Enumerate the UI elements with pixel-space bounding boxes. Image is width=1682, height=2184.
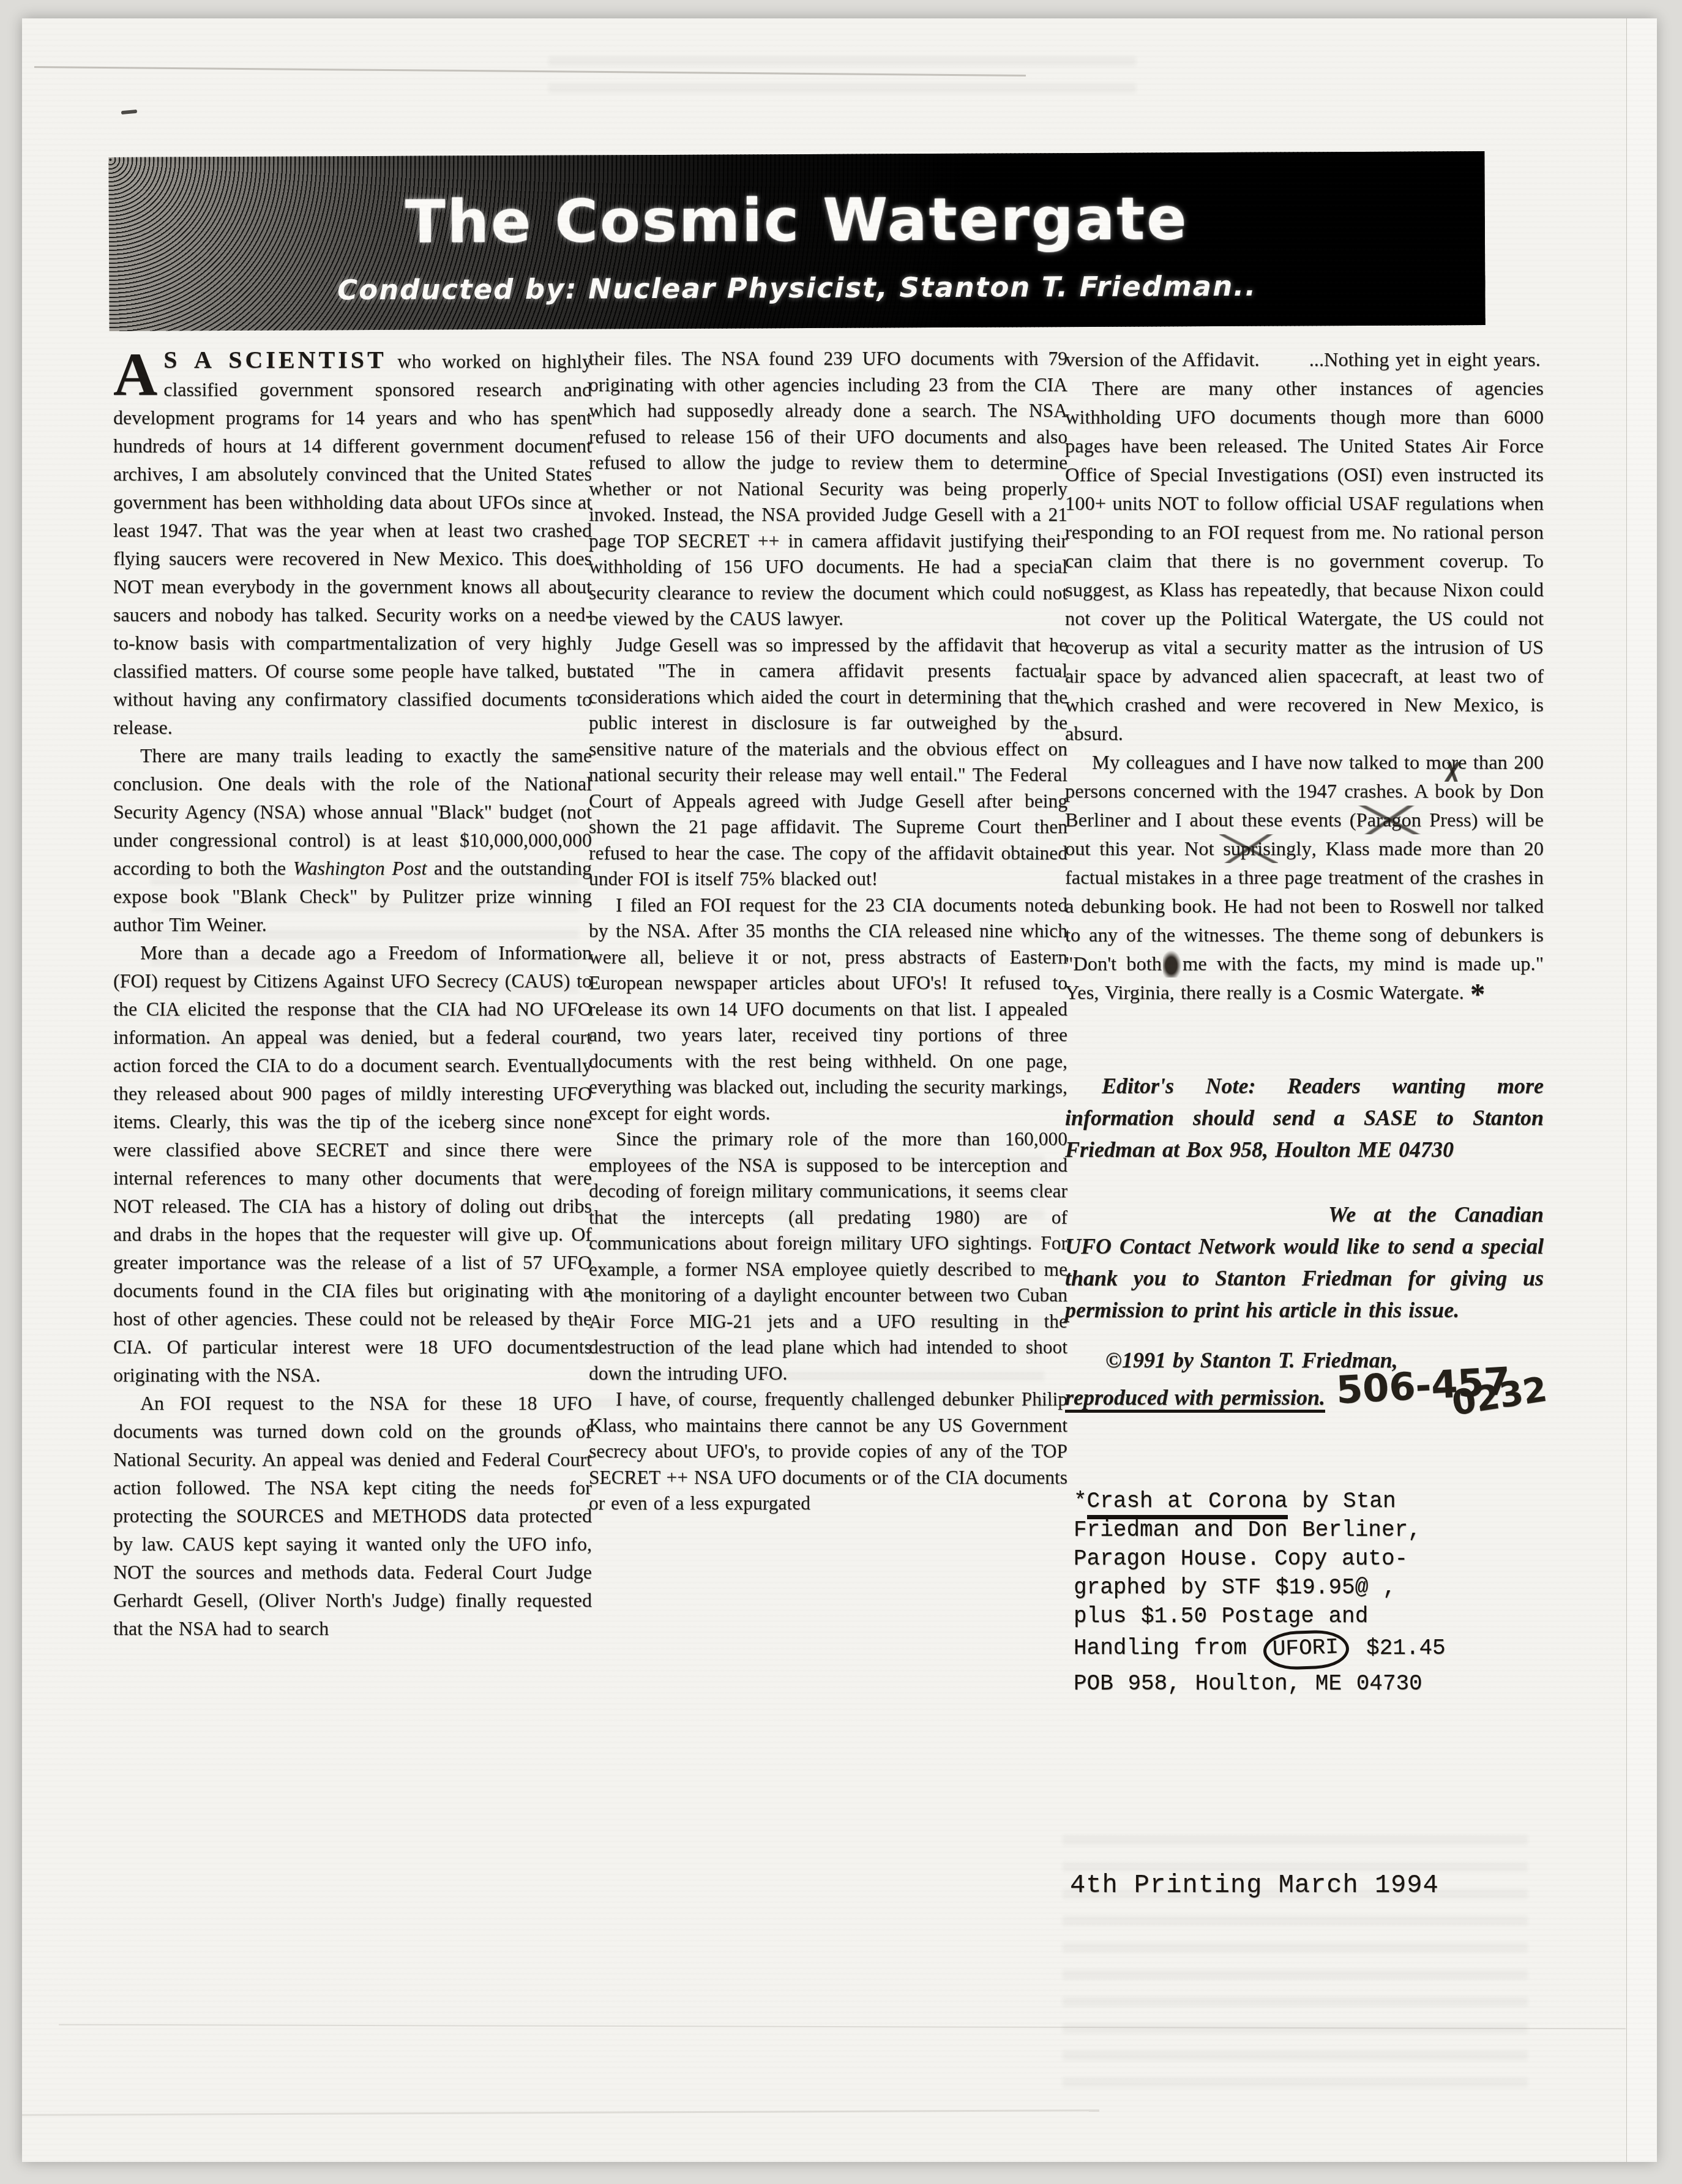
ink-blot — [1163, 951, 1181, 978]
end-of-article-star: * — [1470, 978, 1485, 1011]
book-ad-asterisk: * — [1074, 1489, 1087, 1514]
book-ad-line: Paragon House. Copy auto- — [1074, 1544, 1544, 1573]
scanned-page: The Cosmic Watergate Conducted by: Nucle… — [22, 18, 1656, 2162]
drop-cap: A — [113, 350, 157, 400]
book-ad-line: graphed by STF $19.95@ , — [1074, 1573, 1544, 1602]
paragraph: There are many trails leading to exactly… — [113, 741, 592, 938]
paper-edge-shadow — [22, 2109, 1099, 2116]
column-1: AS A SCIENTIST who worked on highly clas… — [113, 346, 592, 1642]
book-ad-text: $21.45 — [1351, 1636, 1445, 1661]
article-title: The Cosmic Watergate — [108, 151, 1485, 258]
printing-footer: 4th Printing March 1994 — [1070, 1871, 1439, 1900]
book-title-underlined: Crash at Corona — [1087, 1489, 1288, 1519]
article-subtitle: Conducted by: Nuclear Physicist, Stanton… — [109, 252, 1485, 307]
paragraph: Judge Gesell was so impressed by the aff… — [589, 632, 1067, 892]
paper-right-edge — [1626, 18, 1657, 2162]
paragraph: Since the primary role of the more than … — [589, 1126, 1067, 1386]
stray-ink-dash — [121, 110, 137, 114]
editors-note: Editor's Note: Readers wanting more info… — [1065, 1070, 1544, 1165]
ufori-circled: UFORI — [1263, 1629, 1350, 1671]
copyright-line2: reproduced with permission. — [1065, 1385, 1325, 1413]
title-banner: The Cosmic Watergate Conducted by: Nucle… — [108, 151, 1485, 331]
copyright-note: ©1991 by Stanton T. Friedman,reproduced … — [1065, 1344, 1544, 1413]
paragraph: version of the Affidavit. ...Nothing yet… — [1065, 346, 1544, 375]
paragraph: An FOI request to the NSA for these 18 U… — [113, 1389, 592, 1642]
book-ad-typed-block: *Crash at Corona by Stan Friedman and Do… — [1074, 1487, 1544, 1698]
handwritten-mark-over-book: book — [1435, 780, 1475, 802]
column-3: version of the Affidavit. ...Nothing yet… — [1065, 346, 1544, 1698]
column-2: their files. The NSA found 239 UFO docum… — [589, 346, 1067, 1517]
paragraph: My colleagues and I have now talked to m… — [1065, 749, 1544, 1009]
book-ad-line: POB 958, Houlton, ME 04730 — [1074, 1669, 1544, 1698]
paragraph: There are many other instances of agenci… — [1065, 375, 1544, 749]
italic-title: Washington Post — [293, 857, 427, 879]
paragraph: AS A SCIENTIST who worked on highly clas… — [113, 346, 592, 741]
bleedthrough-smudge — [1063, 1824, 1528, 2087]
book-ad-line: Handling from UFORI $21.45 — [1074, 1631, 1544, 1669]
paragraph-text: who worked on highly classified governme… — [113, 350, 592, 738]
lead-in-smallcaps: S A SCIENTIST — [163, 346, 386, 373]
book-ad-line: Friedman and Don Berliner, — [1074, 1516, 1544, 1544]
handwritten-x-over-paragon: Paragon Press — [1356, 809, 1471, 831]
paper-crease-top — [34, 66, 1026, 77]
handwritten-x-over-suprisingly: suprisingly — [1223, 838, 1311, 860]
bleedthrough-smudge — [548, 50, 1136, 93]
paragraph: I filed an FOI request for the 23 CIA do… — [589, 892, 1067, 1127]
book-ad-text: Handling from — [1074, 1636, 1261, 1661]
paragraph: their files. The NSA found 239 UFO docum… — [589, 346, 1067, 632]
book-ad-line: *Crash at Corona by Stan — [1074, 1487, 1544, 1516]
book-ad-line: plus $1.50 Postage and — [1074, 1602, 1544, 1631]
paragraph: I have, of course, frequently challenged… — [589, 1386, 1067, 1517]
book-ad-text: by Stan — [1288, 1489, 1396, 1514]
thank-you-note: We at the Canadian UFO Contact Network w… — [1065, 1199, 1544, 1326]
paragraph: More than a decade ago a Freedom of Info… — [113, 938, 592, 1389]
paper-crease-bottom — [59, 2024, 1626, 2030]
